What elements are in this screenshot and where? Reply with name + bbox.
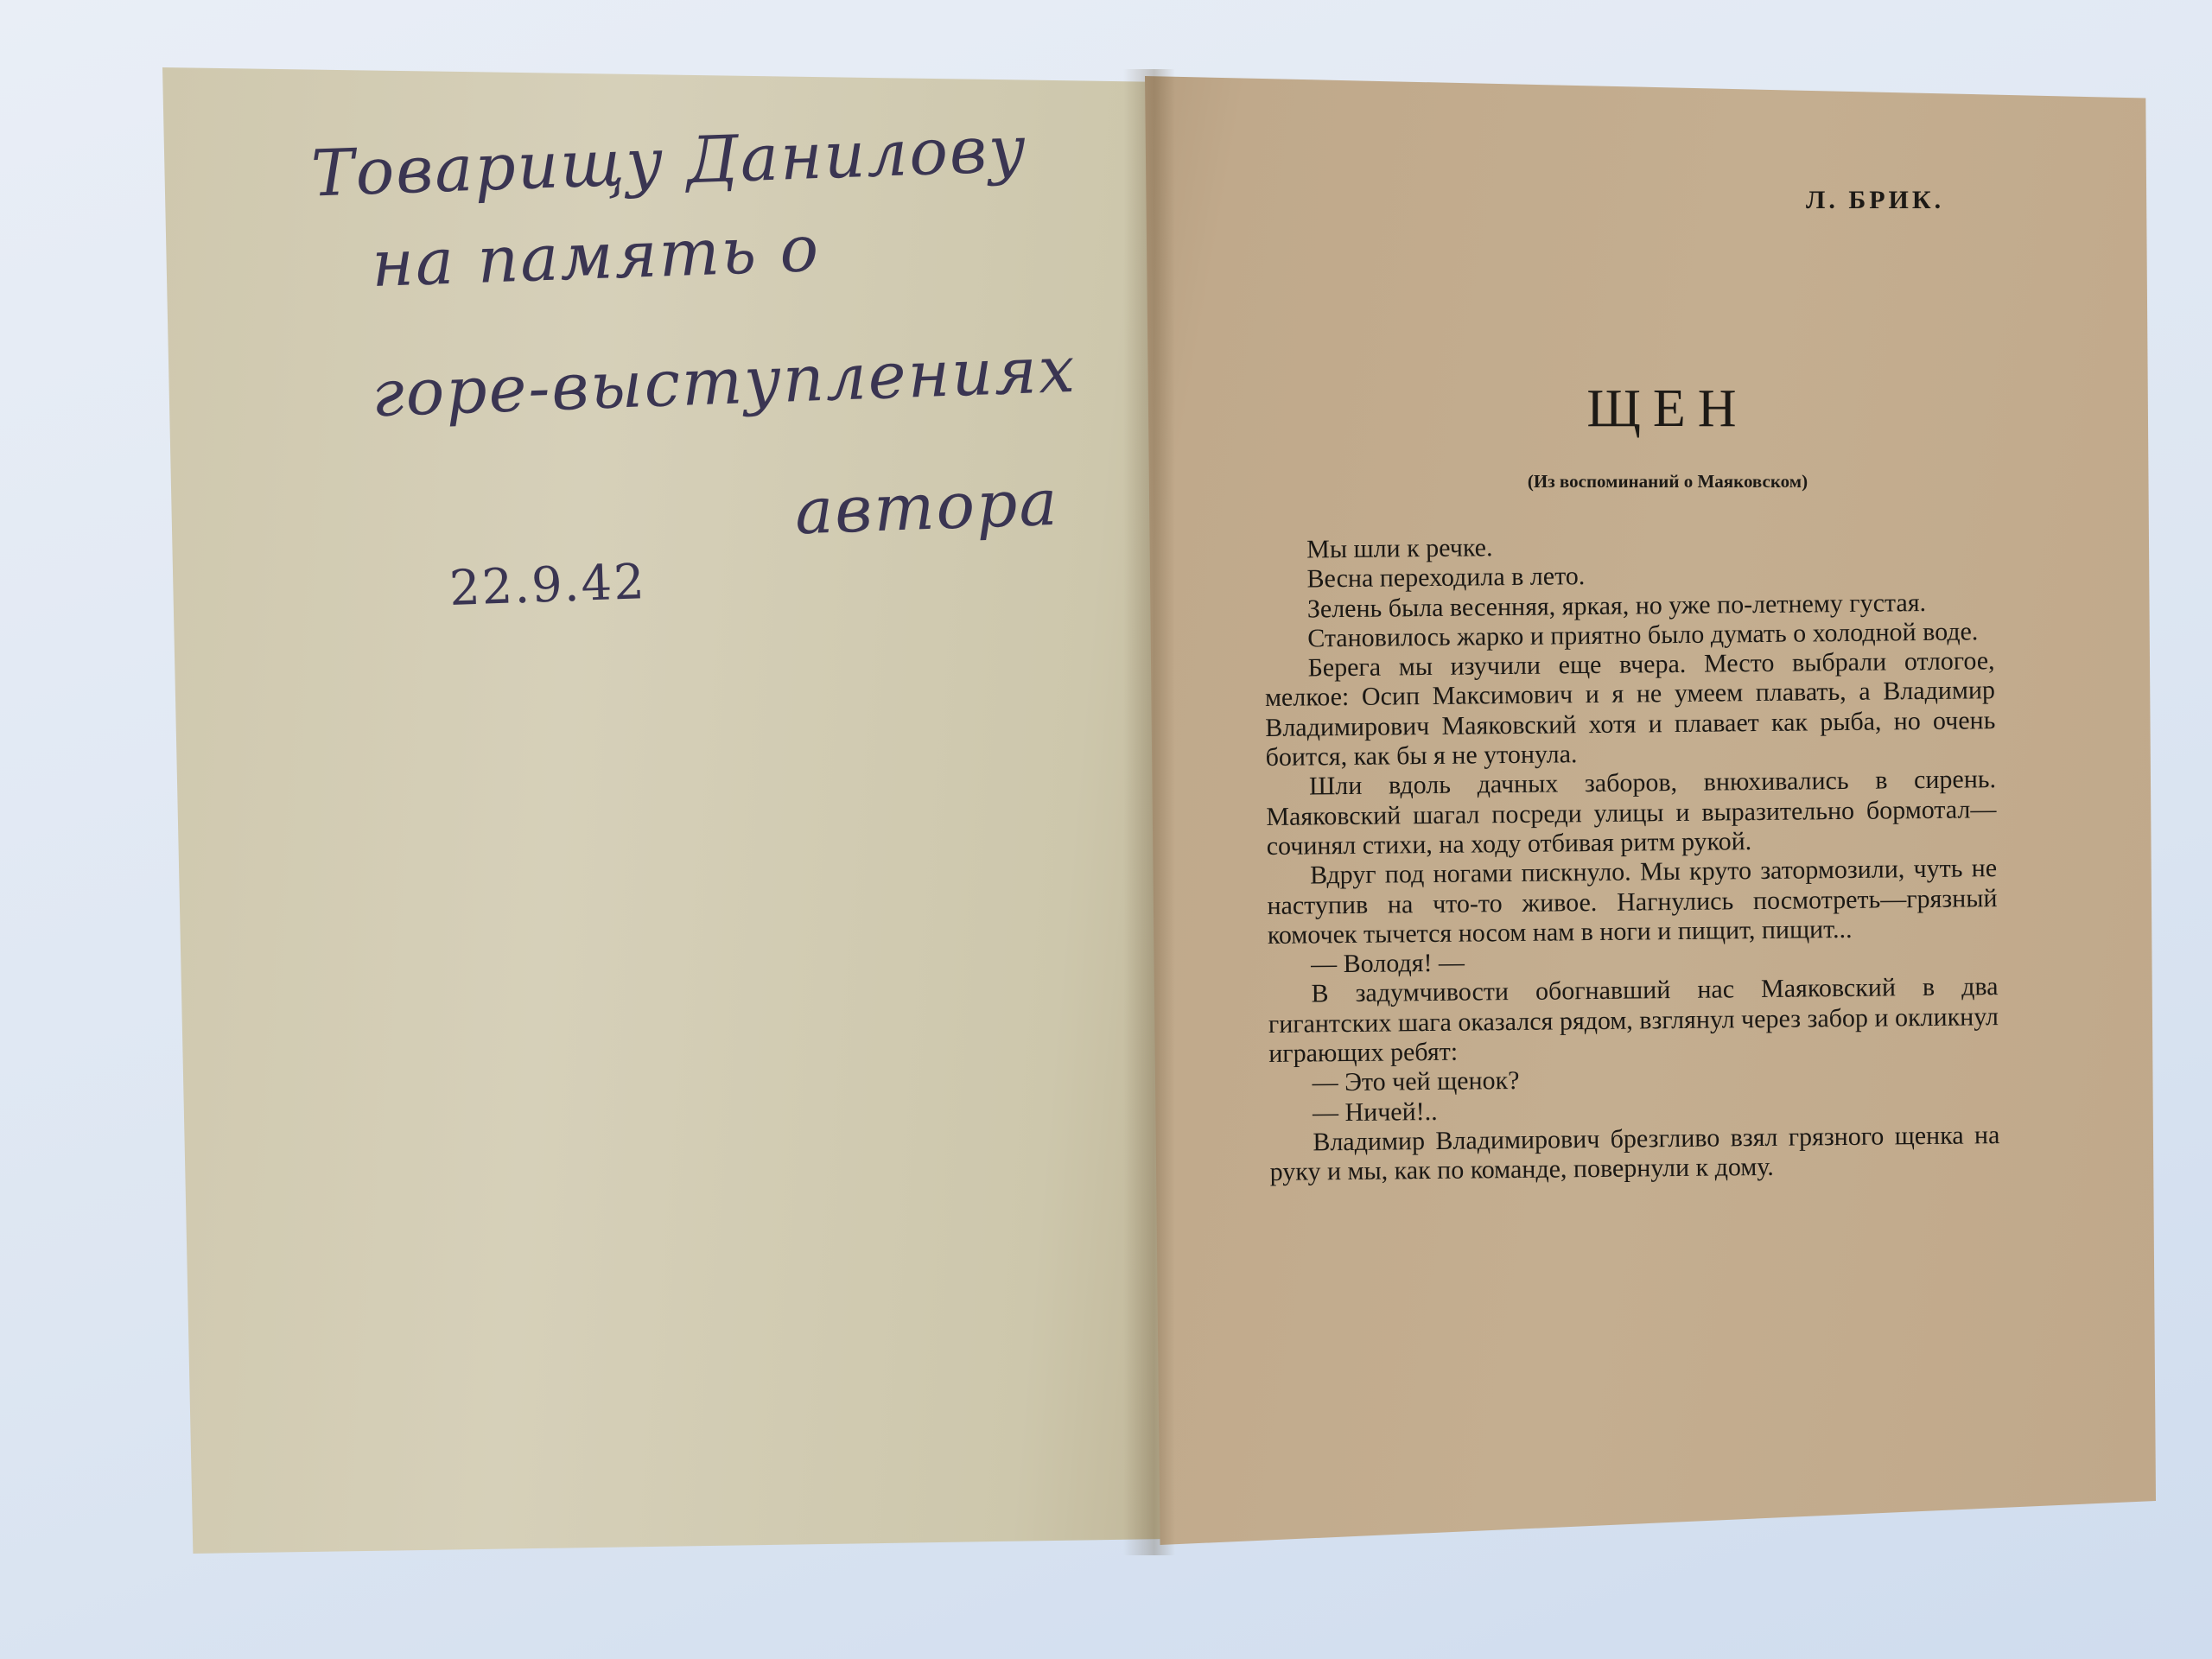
book-spine	[1123, 69, 1175, 1555]
paragraph: Шли вдоль дачных заборов, внюхивались в …	[1266, 766, 1997, 862]
story-subtitle: (Из воспоминаний о Маяковском)	[1417, 471, 1918, 493]
paragraph: Владимир Владимирович брезгливо взял гря…	[1269, 1121, 2000, 1187]
paragraph: Вдруг под ногами пискнуло. Мы круто зато…	[1267, 854, 1998, 950]
author-name: Л. БРИК.	[1806, 186, 1944, 215]
story-title: ЩЕН	[1538, 378, 1797, 440]
story-body: Мы шли к речке. Весна переходила в лето.…	[1263, 528, 2000, 1187]
inscription-signature: автора	[794, 471, 1060, 544]
inscription-date: 22.9.42	[448, 558, 647, 613]
inscription-line: на память о	[371, 217, 821, 296]
paragraph: В задумчивости обогнавший нас Маяковский…	[1268, 973, 1999, 1070]
paragraph: Берега мы изучили еще вчера. Место выбра…	[1264, 646, 1995, 772]
